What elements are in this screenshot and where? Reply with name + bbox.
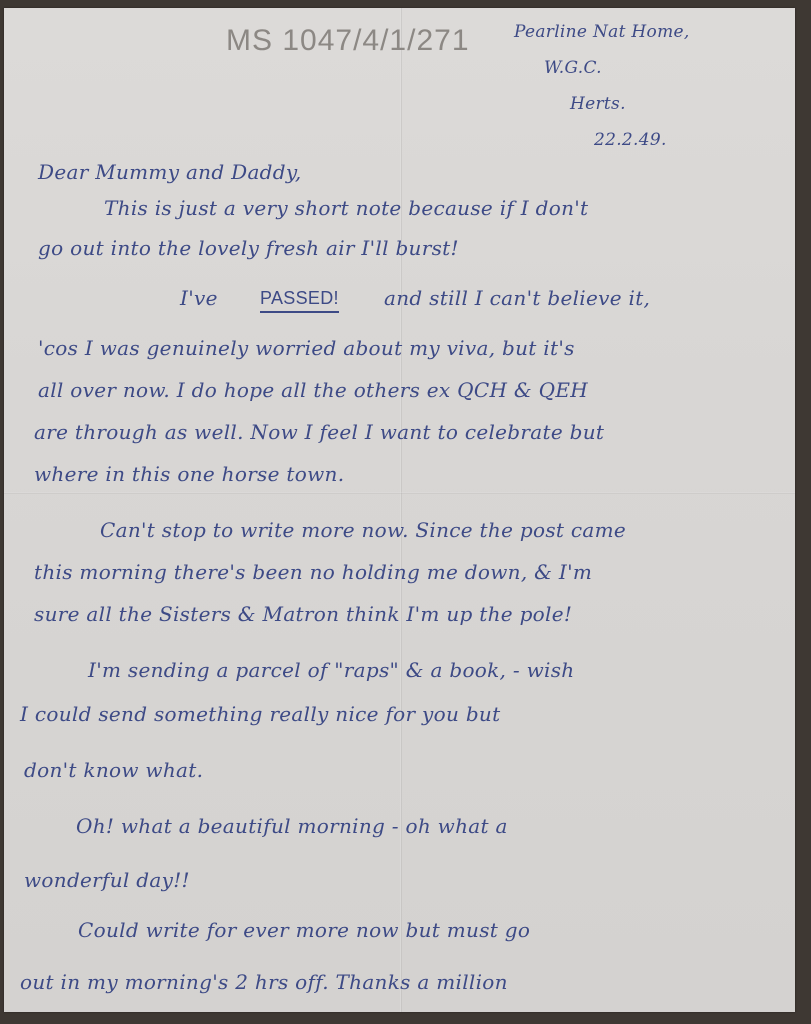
address-line-3: Herts. <box>570 94 626 114</box>
salutation: Dear Mummy and Daddy, <box>38 160 302 184</box>
archive-reference: MS 1047/4/1/271 <box>226 24 470 58</box>
letter-line: I've <box>180 286 218 310</box>
letter-line: out in my morning's 2 hrs off. Thanks a … <box>20 970 508 994</box>
letter-line: I'm sending a parcel of "raps" & a book,… <box>88 658 574 682</box>
letter-line: are through as well. Now I feel I want t… <box>34 420 604 444</box>
letter-date: 22.2.49. <box>594 130 667 150</box>
letter-line: this morning there's been no holding me … <box>34 560 592 584</box>
letter-line: sure all the Sisters & Matron think I'm … <box>34 602 572 626</box>
address-line-1: Pearline Nat Home, <box>514 22 690 42</box>
letter-line: don't know what. <box>24 758 203 782</box>
letter-line: Can't stop to write more now. Since the … <box>100 518 626 542</box>
letter-line: where in this one horse town. <box>34 462 344 486</box>
letter-line: This is just a very short note because i… <box>104 196 588 220</box>
letter-line: all over now. I do hope all the others e… <box>38 378 588 402</box>
letter-line: Oh! what a beautiful morning - oh what a <box>76 814 508 838</box>
letter-line: Could write for ever more now but must g… <box>78 918 530 942</box>
vertical-fold-line <box>400 8 402 1012</box>
address-line-2: W.G.C. <box>544 58 602 78</box>
letter-line: go out into the lovely fresh air I'll bu… <box>38 236 459 260</box>
letter-line: 'cos I was genuinely worried about my vi… <box>38 336 575 360</box>
passed-emphasis: PASSED! <box>260 288 339 313</box>
horizontal-fold-line <box>4 492 795 494</box>
letter-line: and still I can't believe it, <box>384 286 650 310</box>
letter-line: I could send something really nice for y… <box>20 702 500 726</box>
letter-line: wonderful day!! <box>24 868 190 892</box>
letter-page: MS 1047/4/1/271 Pearline Nat Home, W.G.C… <box>4 8 795 1012</box>
